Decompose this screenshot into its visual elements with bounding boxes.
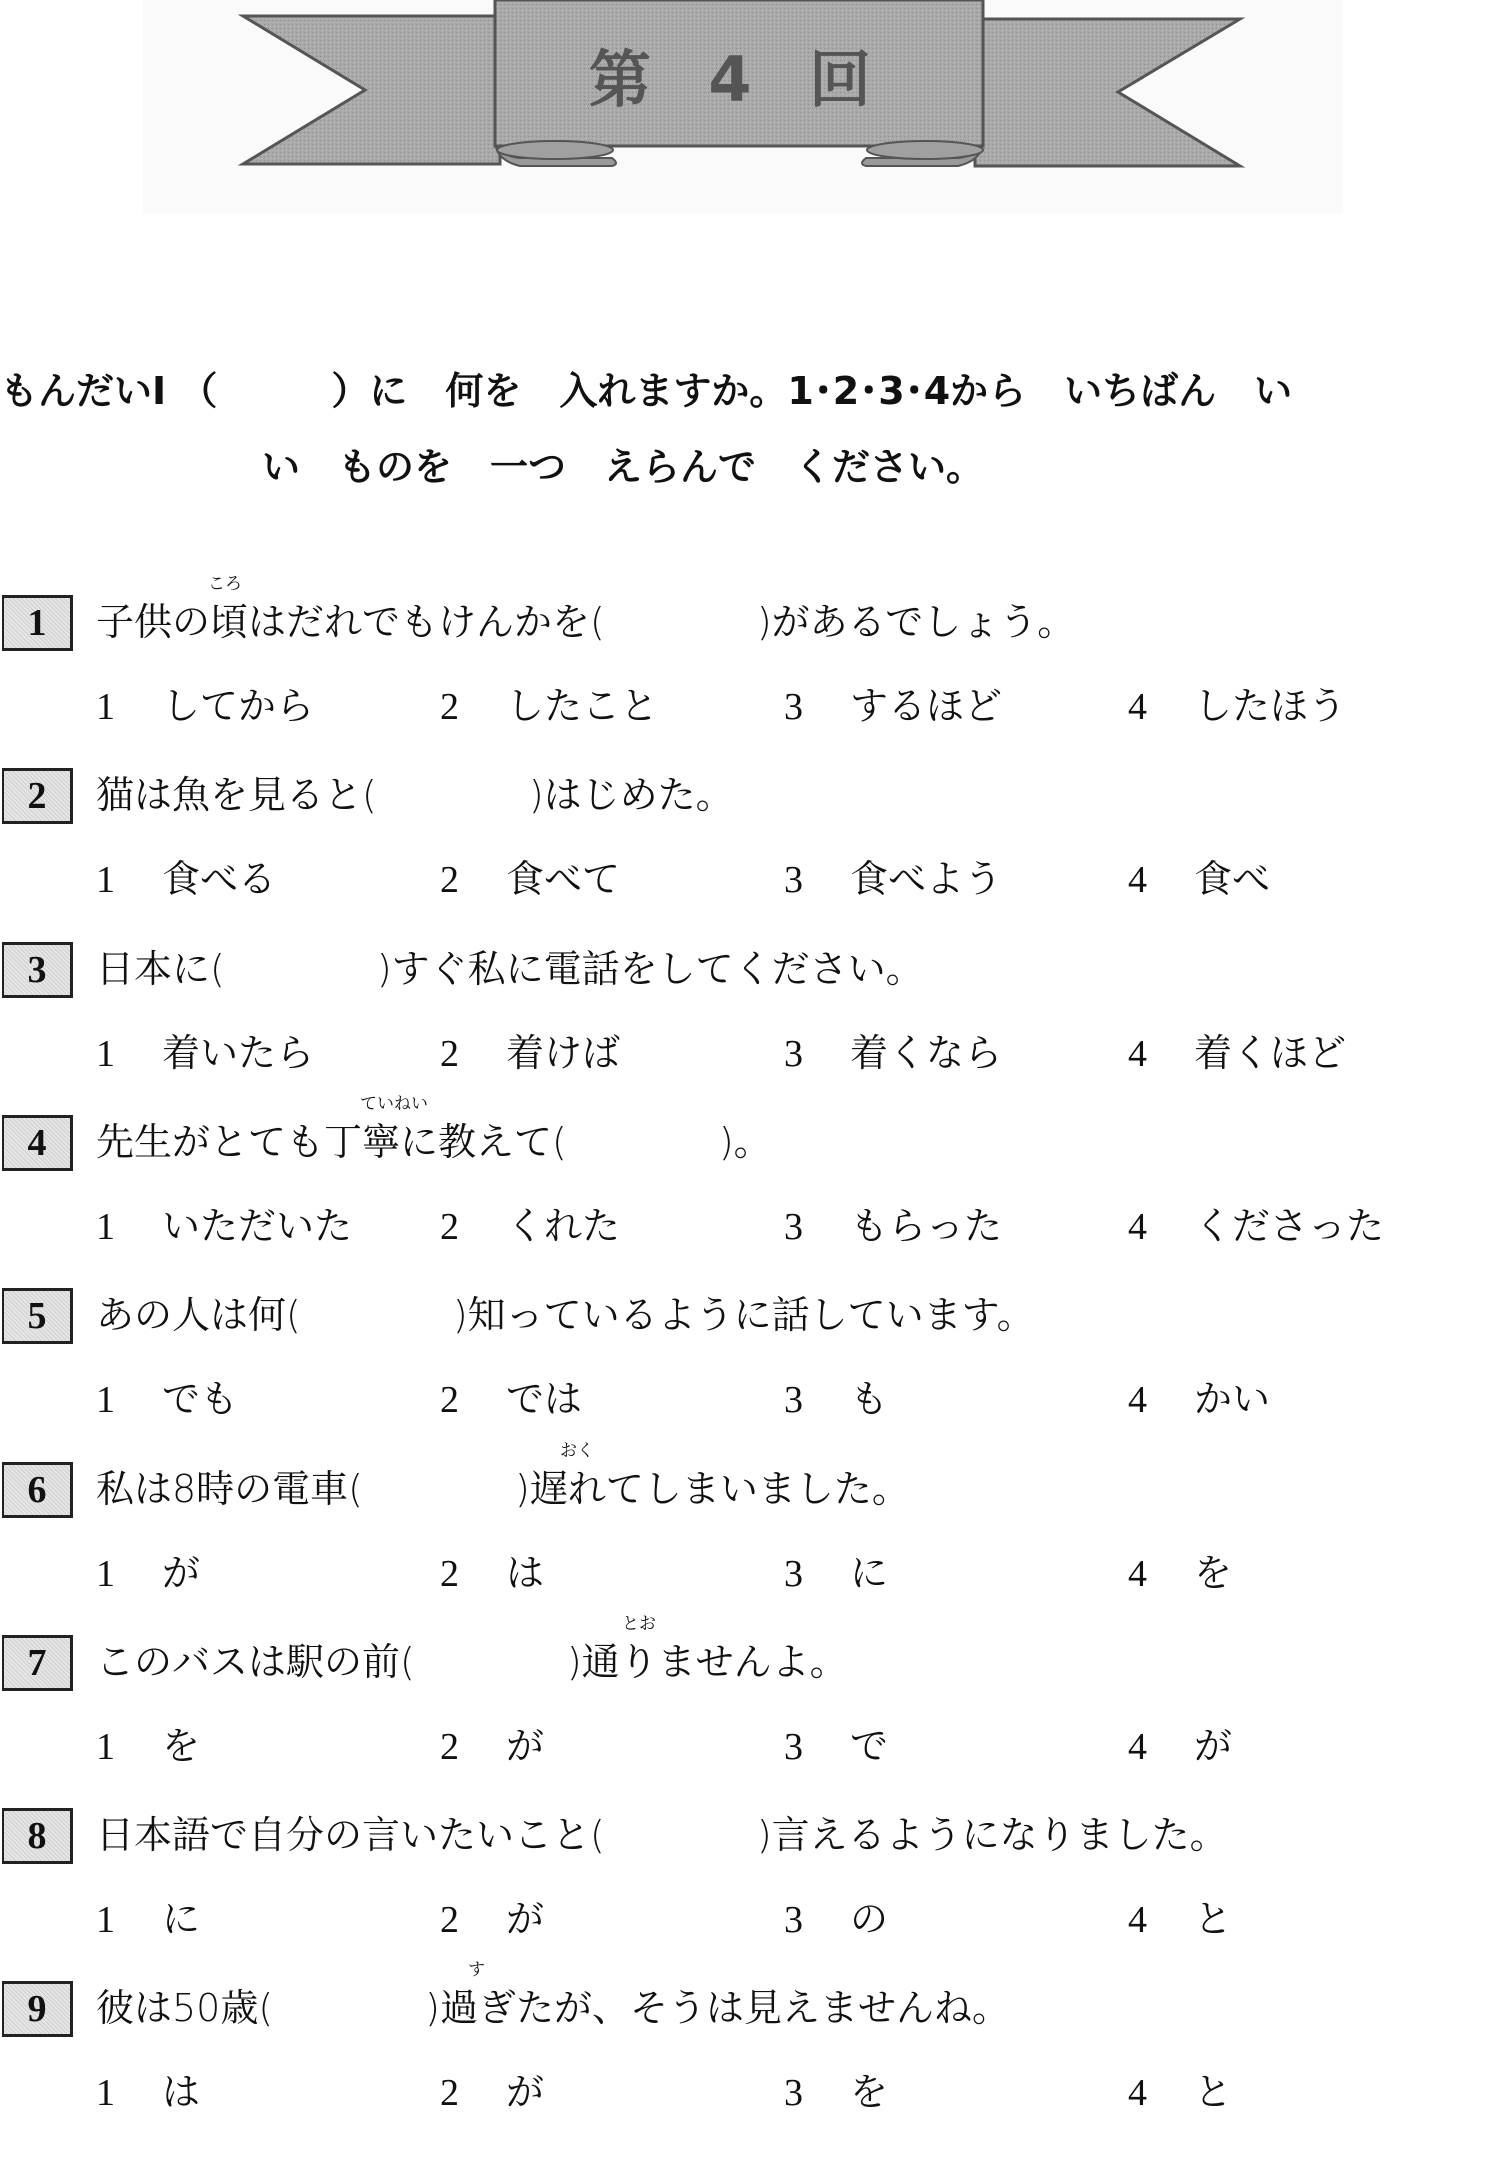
- option-text: いただいた: [162, 1204, 352, 1248]
- question-text: 私は8時の電車( )遅れてしまいました。: [96, 1462, 910, 1516]
- option-number: 4: [1128, 1373, 1194, 1427]
- answer-option-4[interactable]: 4かい: [1128, 1372, 1270, 1427]
- question-text: 彼は50歳( )過ぎたが、そうは見えませんね。: [96, 1981, 1010, 2035]
- answer-option-1[interactable]: 1してから: [96, 679, 314, 734]
- answer-option-3[interactable]: 3着くなら: [784, 1026, 1002, 1081]
- answer-option-4[interactable]: 4が: [1128, 1719, 1232, 1774]
- answer-option-3[interactable]: 3食べよう: [784, 852, 1002, 907]
- option-text: は: [506, 1551, 544, 1595]
- option-text: が: [1194, 1724, 1232, 1768]
- option-number: 4: [1128, 853, 1194, 907]
- option-number: 1: [96, 1547, 162, 1601]
- option-number: 2: [440, 853, 506, 907]
- answer-option-3[interactable]: 3もらった: [784, 1199, 1002, 1254]
- option-number: 1: [96, 2066, 162, 2120]
- answer-option-2[interactable]: 2したこと: [440, 679, 658, 734]
- answer-option-2[interactable]: 2が: [440, 1719, 544, 1774]
- answer-option-2[interactable]: 2が: [440, 2065, 544, 2120]
- question-text: このバスは駅の前( )通りませんよ。: [96, 1635, 848, 1689]
- option-number: 1: [96, 1027, 162, 1081]
- option-number: 3: [784, 680, 850, 734]
- question-number-badge: 6: [2, 1462, 73, 1518]
- option-text: くださった: [1194, 1204, 1384, 1248]
- answer-option-4[interactable]: 4くださった: [1128, 1199, 1384, 1254]
- option-text: 着くなら: [850, 1031, 1002, 1075]
- question-number-badge: 1: [2, 595, 73, 651]
- option-text: は: [162, 2070, 200, 2114]
- option-text: もらった: [850, 1204, 1002, 1248]
- answer-option-1[interactable]: 1を: [96, 1719, 200, 1774]
- option-number: 4: [1128, 1547, 1194, 1601]
- answer-option-2[interactable]: 2が: [440, 1892, 544, 1947]
- option-text: に: [850, 1551, 888, 1595]
- option-text: を: [1194, 1551, 1232, 1595]
- question-text: あの人は何( )知っているように話しています。: [96, 1288, 1035, 1342]
- option-text: したほう: [1194, 684, 1346, 728]
- question-item: 6私は8時の電車( )遅れてしまいました。おく1が2は3に4を: [0, 1462, 1499, 1635]
- option-number: 4: [1128, 2066, 1194, 2120]
- option-number: 4: [1128, 1027, 1194, 1081]
- option-text: の: [850, 1897, 888, 1941]
- option-text: に: [162, 1897, 200, 1941]
- answer-option-2[interactable]: 2くれた: [440, 1199, 620, 1254]
- answer-option-3[interactable]: 3に: [784, 1546, 888, 1601]
- option-text: が: [506, 2070, 544, 2114]
- furigana: おく: [560, 1436, 594, 1461]
- answer-option-2[interactable]: 2は: [440, 1546, 544, 1601]
- option-text: も: [850, 1377, 888, 1421]
- option-number: 4: [1128, 1720, 1194, 1774]
- option-text: するほど: [850, 684, 1002, 728]
- question-text: 日本語で自分の言いたいこと( )言えるようになりました。: [96, 1808, 1228, 1862]
- option-number: 1: [96, 853, 162, 907]
- answer-option-1[interactable]: 1食べる: [96, 852, 276, 907]
- option-text: 食べる: [162, 857, 276, 901]
- question-number-badge: 9: [2, 1981, 73, 2037]
- answer-option-4[interactable]: 4と: [1128, 1892, 1232, 1947]
- option-text: 食べよう: [850, 857, 1002, 901]
- option-number: 2: [440, 1893, 506, 1947]
- option-text: で: [850, 1724, 888, 1768]
- answer-option-4[interactable]: 4を: [1128, 1546, 1232, 1601]
- option-text: 着いたら: [162, 1031, 314, 1075]
- answer-option-4[interactable]: 4着くほど: [1128, 1026, 1346, 1081]
- option-text: 食べて: [506, 857, 620, 901]
- answer-option-3[interactable]: 3を: [784, 2065, 888, 2120]
- option-text: と: [1194, 1897, 1232, 1941]
- furigana: とお: [622, 1609, 656, 1634]
- option-number: 3: [784, 2066, 850, 2120]
- question-number-badge: 3: [2, 942, 73, 998]
- question-item: 1子供の頃はだれでもけんかを( )があるでしょう。ころ1してから2したこと3する…: [0, 595, 1499, 768]
- option-number: 1: [96, 1373, 162, 1427]
- answer-option-3[interactable]: 3で: [784, 1719, 888, 1774]
- option-text: くれた: [506, 1204, 620, 1248]
- option-text: が: [506, 1897, 544, 1941]
- option-number: 2: [440, 1547, 506, 1601]
- option-number: 1: [96, 680, 162, 734]
- answer-option-1[interactable]: 1着いたら: [96, 1026, 314, 1081]
- question-number-badge: 8: [2, 1808, 73, 1864]
- answer-option-2[interactable]: 2着けば: [440, 1026, 620, 1081]
- question-item: 7このバスは駅の前( )通りませんよ。とお1を2が3で4が: [0, 1635, 1499, 1808]
- option-text: を: [850, 2070, 888, 2114]
- option-number: 3: [784, 1200, 850, 1254]
- question-item: 3日本に( )すぐ私に電話をしてください。1着いたら2着けば3着くなら4着くほど: [0, 942, 1499, 1115]
- option-number: 2: [440, 1373, 506, 1427]
- answer-option-1[interactable]: 1でも: [96, 1372, 238, 1427]
- option-number: 1: [96, 1200, 162, 1254]
- furigana: ころ: [208, 569, 242, 594]
- answer-option-1[interactable]: 1が: [96, 1546, 200, 1601]
- option-text: 着けば: [506, 1031, 620, 1075]
- answer-option-4[interactable]: 4したほう: [1128, 679, 1346, 734]
- option-number: 2: [440, 1200, 506, 1254]
- option-number: 3: [784, 1547, 850, 1601]
- option-text: と: [1194, 2070, 1232, 2114]
- question-item: 9彼は50歳( )過ぎたが、そうは見えませんね。す1は2が3を4と: [0, 1981, 1499, 2154]
- option-number: 4: [1128, 1200, 1194, 1254]
- question-item: 8日本語で自分の言いたいこと( )言えるようになりました。1に2が3の4と: [0, 1808, 1499, 1981]
- answer-option-2[interactable]: 2食べて: [440, 852, 620, 907]
- answer-option-3[interactable]: 3も: [784, 1372, 888, 1427]
- option-text: 着くほど: [1194, 1031, 1346, 1075]
- option-number: 1: [96, 1720, 162, 1774]
- answer-option-3[interactable]: 3するほど: [784, 679, 1002, 734]
- option-text: かい: [1194, 1377, 1270, 1421]
- option-text: では: [506, 1377, 582, 1421]
- answer-option-3[interactable]: 3の: [784, 1892, 888, 1947]
- question-text: 猫は魚を見ると( )はじめた。: [96, 768, 734, 822]
- question-text: 先生がとても丁寧に教えて( )。: [96, 1115, 772, 1169]
- question-text: 日本に( )すぐ私に電話をしてください。: [96, 942, 924, 996]
- furigana: ていねい: [360, 1089, 428, 1114]
- option-number: 2: [440, 2066, 506, 2120]
- question-number-badge: 7: [2, 1635, 73, 1691]
- answer-option-1[interactable]: 1は: [96, 2065, 200, 2120]
- option-number: 3: [784, 1373, 850, 1427]
- instruction-line-2: い ものを 一つ えらんで ください。: [262, 436, 984, 491]
- option-number: 2: [440, 680, 506, 734]
- section-title: 第 4 回: [495, 30, 983, 119]
- answer-option-1[interactable]: 1に: [96, 1892, 200, 1947]
- furigana: す: [468, 1955, 485, 1980]
- answer-option-4[interactable]: 4と: [1128, 2065, 1232, 2120]
- option-number: 4: [1128, 680, 1194, 734]
- question-item: 4先生がとても丁寧に教えて( )。ていねい1いただいた2くれた3もらった4くださ…: [0, 1115, 1499, 1288]
- option-text: したこと: [506, 684, 658, 728]
- option-number: 4: [1128, 1893, 1194, 1947]
- option-text: でも: [162, 1377, 238, 1421]
- option-text: が: [162, 1551, 200, 1595]
- option-number: 3: [784, 1027, 850, 1081]
- instruction-line-1: もんだいⅠ （ ）に 何を 入れますか。1･2･3･4から いちばん い: [0, 360, 1292, 415]
- answer-option-4[interactable]: 4食べ: [1128, 852, 1270, 907]
- option-text: が: [506, 1724, 544, 1768]
- option-text: 食べ: [1194, 857, 1270, 901]
- question-item: 5あの人は何( )知っているように話しています。1でも2では3も4かい: [0, 1288, 1499, 1461]
- option-text: を: [162, 1724, 200, 1768]
- answer-option-2[interactable]: 2では: [440, 1372, 582, 1427]
- option-text: してから: [162, 684, 314, 728]
- option-number: 3: [784, 1720, 850, 1774]
- question-text: 子供の頃はだれでもけんかを( )があるでしょう。: [96, 595, 1075, 649]
- option-number: 3: [784, 1893, 850, 1947]
- question-number-badge: 5: [2, 1288, 73, 1344]
- option-number: 1: [96, 1893, 162, 1947]
- option-number: 2: [440, 1720, 506, 1774]
- question-number-badge: 2: [2, 768, 73, 824]
- option-number: 2: [440, 1027, 506, 1081]
- question-number-badge: 4: [2, 1115, 73, 1171]
- question-item: 2猫は魚を見ると( )はじめた。1食べる2食べて3食べよう4食べ: [0, 768, 1499, 941]
- answer-option-1[interactable]: 1いただいた: [96, 1199, 352, 1254]
- option-number: 3: [784, 853, 850, 907]
